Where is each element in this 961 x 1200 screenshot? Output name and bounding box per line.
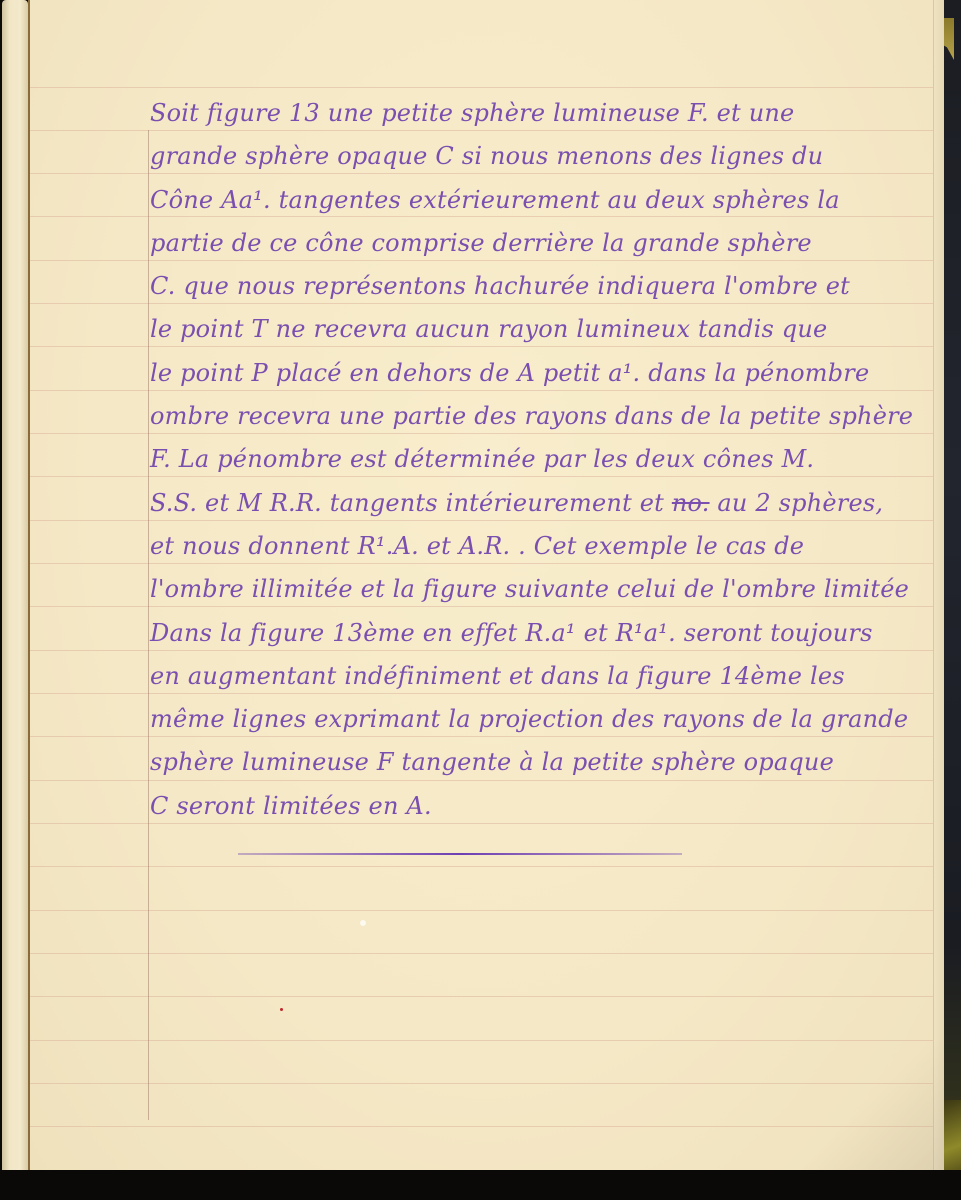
notebook-page: Soit figure 13 une petite sphère lumineu… (30, 0, 944, 1170)
text-line-11: et nous donnent R¹.A. et A.R. . Cet exem… (150, 525, 940, 568)
text-line-17: C seront limitées en A. (150, 785, 940, 828)
struck-word: no. (672, 489, 710, 517)
paper-speck (360, 920, 366, 926)
handwritten-text: Soit figure 13 une petite sphère lumineu… (150, 92, 940, 828)
ruled-line (30, 996, 944, 997)
text-line-4: partie de ce cône comprise derrière la g… (150, 222, 940, 265)
ruled-line (30, 87, 944, 88)
text-line-3: Cône Aa¹. tangentes extérieurement au de… (150, 179, 940, 222)
margin-rule (148, 130, 149, 1120)
ruled-line (30, 953, 944, 954)
text-line-2: grande sphère opaque C si nous menons de… (150, 135, 940, 178)
text-line-7: le point P placé en dehors de A petit a¹… (150, 352, 940, 395)
page-edge (933, 0, 944, 1170)
ruled-line (30, 910, 944, 911)
section-divider (238, 853, 682, 855)
text-line-1: Soit figure 13 une petite sphère lumineu… (150, 92, 940, 135)
text-line-13: Dans la figure 13ème en effet R.a¹ et R¹… (150, 612, 940, 655)
text-line-10-end: au 2 sphères, (710, 489, 884, 517)
scan-background (0, 1170, 961, 1200)
text-line-10-start: S.S. et M R.R. tangents intérieurement e… (150, 489, 672, 517)
ruled-line (30, 866, 944, 867)
text-line-10: S.S. et M R.R. tangents intérieurement e… (150, 482, 940, 525)
page-corner-curl (784, 1040, 944, 1170)
text-line-5: C. que nous représentons hachurée indiqu… (150, 265, 940, 308)
text-line-6: le point T ne recevra aucun rayon lumine… (150, 308, 940, 351)
text-line-8: ombre recevra une partie des rayons dans… (150, 395, 940, 438)
paper-speck (280, 1008, 283, 1011)
notebook-binding (2, 0, 28, 1172)
text-line-12: l'ombre illimitée et la figure suivante … (150, 568, 940, 611)
text-line-14: en augmentant indéfiniment et dans la fi… (150, 655, 940, 698)
text-line-15: même lignes exprimant la projection des … (150, 698, 940, 741)
text-line-9: F. La pénombre est déterminée par les de… (150, 438, 940, 481)
text-line-16: sphère lumineuse F tangente à la petite … (150, 741, 940, 784)
